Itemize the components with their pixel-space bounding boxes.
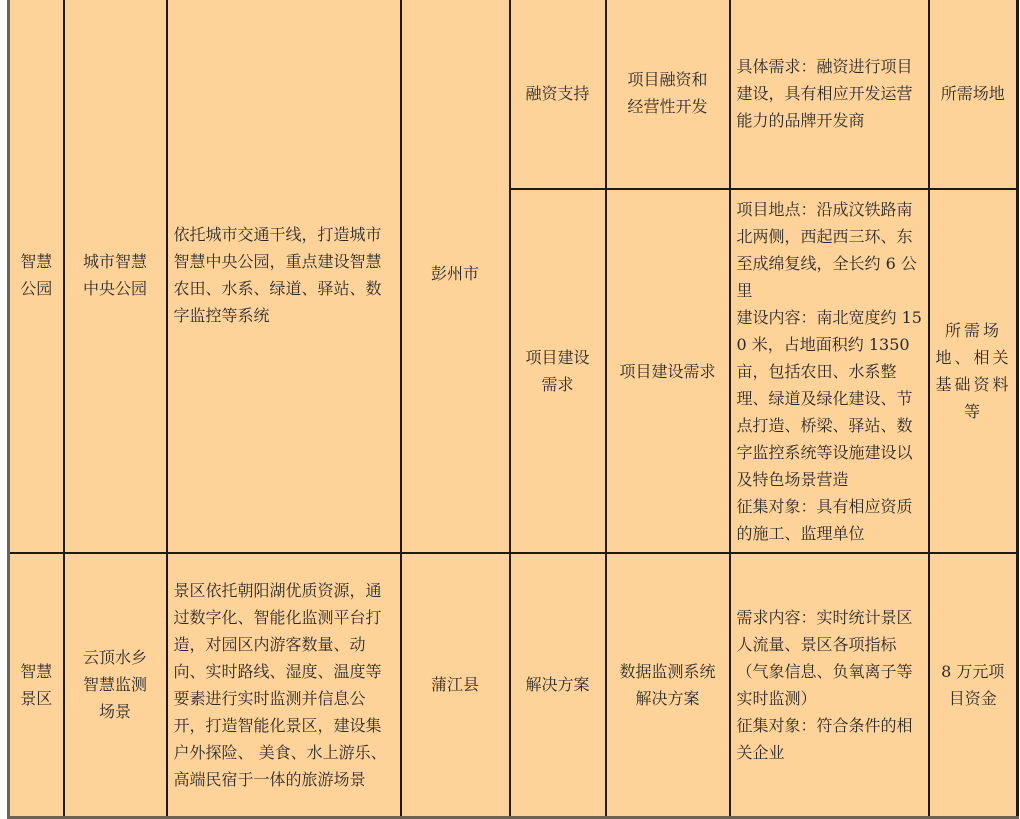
demand-type: 解决方案 <box>525 675 589 694</box>
demand-detail-line: 项目地点：沿成汶铁路南北两侧，西起西三环、东至成绵复线，全长约 6 公里 <box>737 196 924 304</box>
scene-name: 城市智慧中央公园 <box>80 248 150 302</box>
scene-name: 云顶水乡智慧监测场景 <box>80 644 150 725</box>
scene-description-cell: 景区依托朝阳湖优质资源，通过数字化、智能化监测平台打造，对园区内游客数量、动向、… <box>167 553 401 817</box>
demand-type-cell: 项目建设需求 <box>510 189 606 553</box>
demand-name: 项目融资和经营性开发 <box>623 66 713 120</box>
support-cell: 所需场地 <box>929 0 1018 189</box>
demand-type-cell: 融资支持 <box>510 0 606 189</box>
demand-detail-cell: 具体需求：融资进行项目建设，具有相应开发运营能力的品牌开发商 <box>730 0 929 189</box>
support-text: 所需场地、相关基础资料等 <box>936 317 1012 425</box>
scene-description-cell: 依托城市交通干线，打造城市智慧中央公园，重点建设智慧农田、水系、绿道、驿站、数字… <box>167 0 401 553</box>
demand-detail-line: 征集对象：具有相应资质的施工、监理单位 <box>737 493 924 547</box>
category-cell: 智慧公园 <box>9 0 64 553</box>
demand-type: 融资支持 <box>525 84 589 103</box>
demand-type: 项目建设需求 <box>523 344 593 398</box>
table-row: 智慧景区 云顶水乡智慧监测场景 景区依托朝阳湖优质资源，通过数字化、智能化监测平… <box>9 553 1018 817</box>
scene-description: 景区依托朝阳湖优质资源，通过数字化、智能化监测平台打造，对园区内游客数量、动向、… <box>174 581 387 789</box>
demand-name-cell: 项目建设需求 <box>606 189 730 553</box>
category-cell: 智慧景区 <box>9 553 64 817</box>
document-page: 智慧公园 城市智慧中央公园 依托城市交通干线，打造城市智慧中央公园，重点建设智慧… <box>7 0 1017 817</box>
demand-detail-cell: 项目地点：沿成汶铁路南北两侧，西起西三环、东至成绵复线，全长约 6 公里 建设内… <box>730 189 929 553</box>
demand-name-cell: 项目融资和经营性开发 <box>606 0 730 189</box>
support-text: 所需场地 <box>941 84 1005 103</box>
demand-detail-line: 建设内容：南北宽度约 150 米，占地面积约 1350 亩，包括农田、水系整理、… <box>737 304 924 493</box>
demand-name-cell: 数据监测系统解决方案 <box>606 553 730 817</box>
support-cell: 所需场地、相关基础资料等 <box>929 189 1018 553</box>
location-cell: 蒲江县 <box>401 553 510 817</box>
category-label: 智慧公园 <box>19 248 53 302</box>
demand-type-cell: 解决方案 <box>510 553 606 817</box>
demand-name: 项目建设需求 <box>619 362 715 381</box>
location: 蒲江县 <box>431 675 479 694</box>
location: 彭州市 <box>431 264 479 283</box>
demand-detail-line: 征集对象：符合条件的相关企业 <box>737 712 924 766</box>
demand-detail-line: 具体需求：融资进行项目建设，具有相应开发运营能力的品牌开发商 <box>737 53 924 134</box>
location-cell: 彭州市 <box>401 0 510 553</box>
scene-description: 依托城市交通干线，打造城市智慧中央公园，重点建设智慧农田、水系、绿道、驿站、数字… <box>174 225 382 325</box>
category-label: 智慧景区 <box>19 658 53 712</box>
scene-name-cell: 城市智慧中央公园 <box>64 0 167 553</box>
support-cell: 8 万元项目资金 <box>929 553 1018 817</box>
demand-detail-line: 需求内容：实时统计景区人流量、景区各项指标（气象信息、负氧离子等实时监测） <box>737 604 924 712</box>
demand-name: 数据监测系统解决方案 <box>615 658 720 712</box>
demand-table: 智慧公园 城市智慧中央公园 依托城市交通干线，打造城市智慧中央公园，重点建设智慧… <box>7 0 1019 819</box>
scene-name-cell: 云顶水乡智慧监测场景 <box>64 553 167 817</box>
table-row: 智慧公园 城市智慧中央公园 依托城市交通干线，打造城市智慧中央公园，重点建设智慧… <box>9 0 1018 189</box>
demand-detail-cell: 需求内容：实时统计景区人流量、景区各项指标（气象信息、负氧离子等实时监测） 征集… <box>730 553 929 817</box>
support-text: 8 万元项目资金 <box>937 658 1009 712</box>
